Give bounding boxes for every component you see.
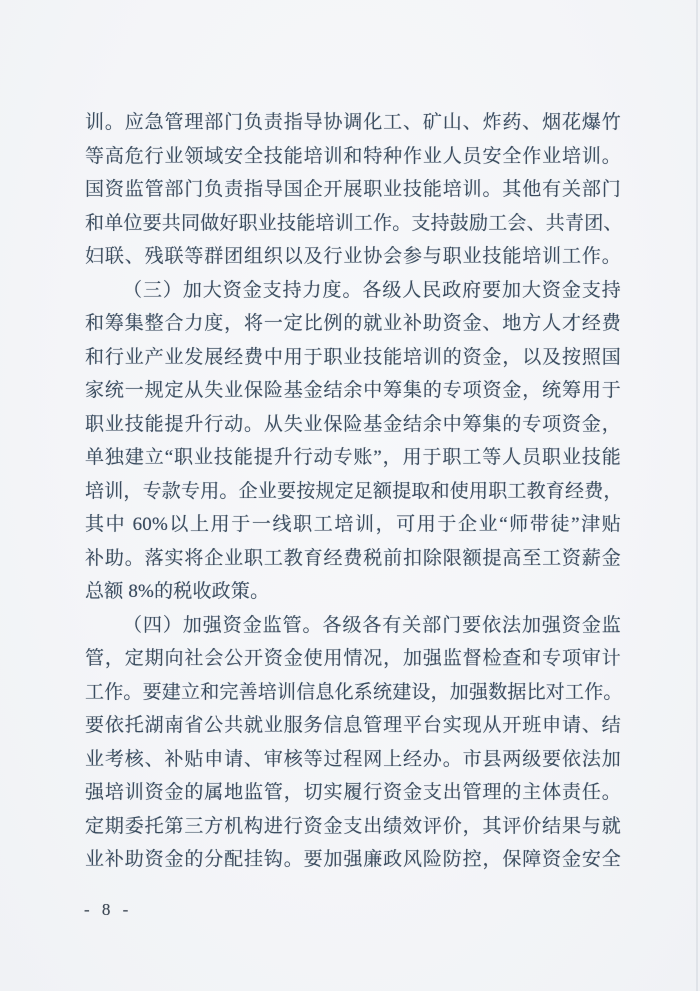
text-line: 要依托湖南省公共就业服务信息管理平台实现从开班申请、结	[85, 709, 621, 743]
text-line: 补助。落实将企业职工教育经费税前扣除限额提高至工资薪金	[85, 542, 621, 576]
text-line: 训。应急管理部门负责指导协调化工、矿山、炸药、烟花爆竹	[85, 106, 621, 140]
text-line: 培训，专款专用。企业要按规定足额提取和使用职工教育经费，	[85, 475, 621, 509]
scan-edge-artifact	[696, 0, 698, 991]
text-line: 其中 60%以上用于一线职工培训，可用于企业“师带徒”津贴	[85, 508, 621, 542]
text-line: 等高危行业领域安全技能培训和特种作业人员安全作业培训。	[85, 140, 621, 174]
text-line: 工作。要建立和完善培训信息化系统建设，加强数据比对工作。	[85, 676, 621, 710]
text-line: 管，定期向社会公开资金使用情况，加强监督检查和专项审计	[85, 642, 621, 676]
text-line: 定期委托第三方机构进行资金支出绩效评价，其评价结果与就	[85, 810, 621, 844]
text-line: 业补助资金的分配挂钩。要加强廉政风险防控，保障资金安全	[85, 843, 621, 877]
page-number: - 8 -	[84, 900, 132, 920]
text-line: 总额 8%的税收政策。	[85, 575, 621, 609]
text-line: 家统一规定从失业保险基金结余中筹集的专项资金，统筹用于	[85, 374, 621, 408]
text-line: 单独建立“职业技能提升行动专账”，用于职工等人员职业技能	[85, 441, 621, 475]
text-line: 国资监管部门负责指导国企开展职业技能培训。其他有关部门	[85, 173, 621, 207]
text-line-section-4-heading: （四）加强资金监管。各级各有关部门要依法加强资金监	[85, 609, 621, 643]
text-line-section-3-heading: （三）加大资金支持力度。各级人民政府要加大资金支持	[85, 274, 621, 308]
text-line: 和单位要共同做好职业技能培训工作。支持鼓励工会、共青团、	[85, 207, 621, 241]
text-line: 职业技能提升行动。从失业保险基金结余中筹集的专项资金，	[85, 408, 621, 442]
text-line: 和筹集整合力度，将一定比例的就业补助资金、地方人才经费	[85, 307, 621, 341]
scanned-document-page: 训。应急管理部门负责指导协调化工、矿山、炸药、烟花爆竹 等高危行业领域安全技能培…	[0, 0, 700, 991]
text-line: 业考核、补贴申请、审核等过程网上经办。市县两级要依法加	[85, 743, 621, 777]
text-line: 妇联、残联等群团组织以及行业协会参与职业技能培训工作。	[85, 240, 621, 274]
document-body-text: 训。应急管理部门负责指导协调化工、矿山、炸药、烟花爆竹 等高危行业领域安全技能培…	[85, 106, 621, 877]
text-line: 强培训资金的属地监管，切实履行资金支出管理的主体责任。	[85, 776, 621, 810]
text-line: 和行业产业发展经费中用于职业技能培训的资金，以及按照国	[85, 341, 621, 375]
